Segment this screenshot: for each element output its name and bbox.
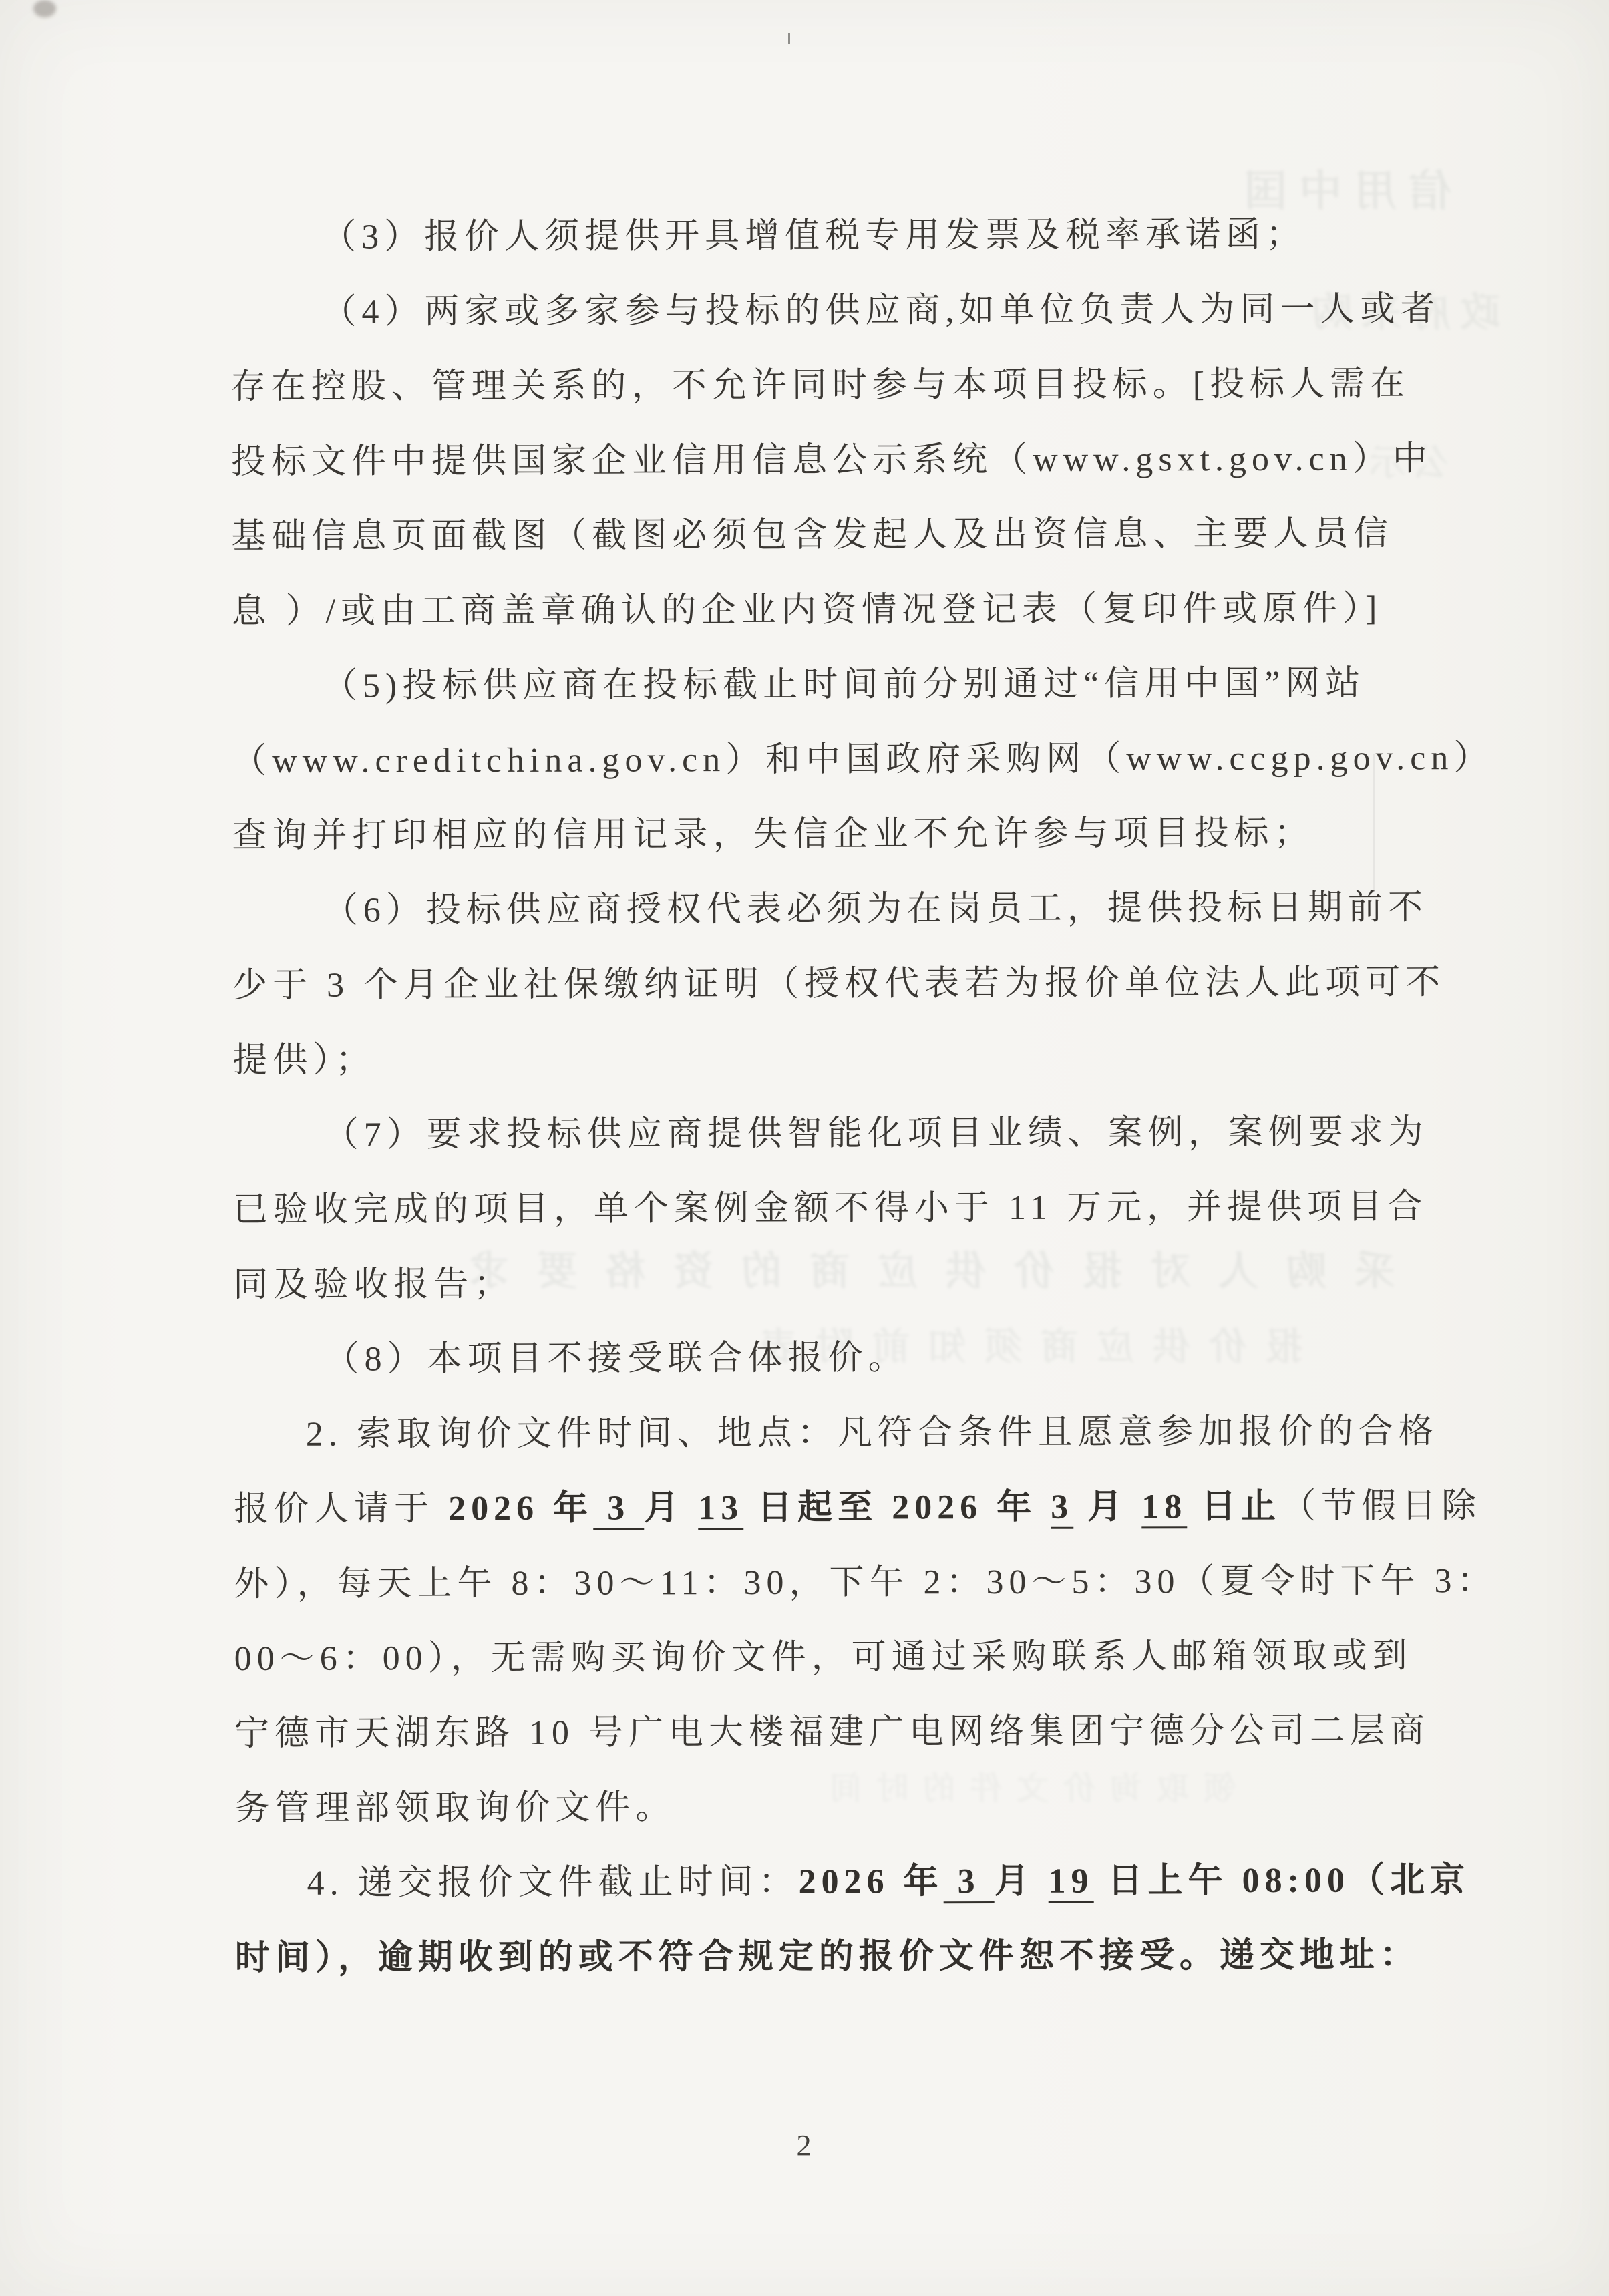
text-segment: （www.creditchina.gov.cn）和中国政府采购网（www.ccg… — [232, 739, 1493, 780]
text-line: 息 ）/或由工商盖章确认的企业内资情况登记表（复印件或原件）] — [231, 571, 1433, 649]
text-segment: 少于 3 个月企业社保缴纳证明（授权代表若为报价单位法人此项可不 — [232, 963, 1445, 1005]
text-segment: 2026 年 — [799, 1862, 944, 1901]
text-segment: 2026 年 — [892, 1488, 1051, 1527]
text-segment: 日起至 — [743, 1488, 892, 1527]
text-segment: 外），每天上午 8：30～11：30，下午 2：30～5：30（夏令时下午 3： — [234, 1562, 1497, 1603]
text-line: 4. 递交报价文件截止时间：2026 年 3 月 19 日上午 08:00（北京 — [234, 1843, 1437, 1921]
text-segment: 提供）； — [232, 1041, 375, 1080]
text-segment: 时间），逾期收到的或不符合规定的报价文件恕不接受。递交地址： — [235, 1936, 1420, 1977]
text-line: 投标文件中提供国家企业信用信息公示系统（www.gsxt.gov.cn）中 — [231, 422, 1433, 500]
text-segment: 18 — [1141, 1488, 1187, 1526]
text-segment: 月 — [644, 1489, 698, 1527]
text-block: （3）报价人须提供开具增值税专用发票及税率承诺函；（4）两家或多家参与投标的供应… — [230, 197, 1437, 1996]
text-segment: 日上午 08:00（北京 — [1094, 1861, 1470, 1900]
text-segment: （8）本项目不接受联合体报价。 — [324, 1339, 908, 1378]
text-segment: 月 — [995, 1862, 1049, 1901]
text-segment: 存在控股、管理关系的，不允许同时参与本项目投标。[投标人需在 — [231, 365, 1410, 406]
text-segment: 00～6：00），无需购买询价文件，可通过采购联系人邮箱领取或到 — [234, 1637, 1413, 1678]
text-segment: 月 — [1073, 1488, 1141, 1526]
text-segment: 13 — [698, 1489, 743, 1527]
text-segment: 息 ）/或由工商盖章确认的企业内资情况登记表（复印件或原件）] — [232, 589, 1383, 631]
text-segment: 2026 年 — [448, 1490, 593, 1528]
text-line: 同及验收报告； — [233, 1245, 1435, 1323]
scanned-document-page: 信用中国政府采购公示采购人对报价供应商的资格要求报价供应商须知前附表领取询价文件… — [0, 0, 1609, 2296]
text-line: 提供）； — [232, 1020, 1435, 1098]
text-segment: （7）要求投标供应商提供智能化项目业绩、案例，案例要求为 — [324, 1113, 1429, 1154]
text-line: 时间），逾期收到的或不符合规定的报价文件恕不接受。递交地址： — [235, 1918, 1437, 1996]
text-segment: 3 — [944, 1862, 995, 1901]
text-segment: 日止 — [1187, 1488, 1281, 1526]
text-segment: （5)投标供应商在投标截止时间前分别通过“信用中国”网站 — [323, 665, 1366, 705]
text-segment: 4. 递交报价文件截止时间： — [307, 1863, 799, 1903]
text-line: （8）本项目不接受联合体报价。 — [233, 1319, 1435, 1398]
text-segment: 3 — [593, 1489, 644, 1527]
text-line: （4）两家或多家参与投标的供应商,如单位负责人为同一人或者 — [230, 272, 1433, 350]
text-line: 已验收完成的项目，单个案例金额不得小于 11 万元，并提供项目合 — [233, 1170, 1435, 1248]
text-segment: （3）报价人须提供开具增值税专用发票及税率承诺函； — [321, 216, 1306, 257]
text-segment: 3 — [1051, 1488, 1073, 1526]
text-segment: 宁德市天湖东路 10 号广电大楼福建广电网络集团宁德分公司二层商 — [234, 1711, 1430, 1753]
text-segment: 2. 索取询价文件时间、地点：凡符合条件且愿意参加报价的合格 — [306, 1412, 1439, 1453]
text-segment: 同及验收报告； — [233, 1265, 514, 1304]
text-line: 报价人请于 2026 年 3 月 13 日起至 2026 年 3 月 18 日止… — [234, 1469, 1436, 1547]
text-line: 基础信息页面截图（截图必须包含发起人及出资信息、主要人员信 — [231, 496, 1433, 575]
page-number: 2 — [0, 2128, 1609, 2162]
text-segment: （6）投标供应商授权代表必须为在岗员工，提供投标日期前不 — [323, 888, 1428, 929]
text-line: 务管理部领取询价文件。 — [234, 1768, 1437, 1846]
text-line: （www.creditchina.gov.cn）和中国政府采购网（www.ccg… — [232, 721, 1434, 799]
text-line: 少于 3 个月企业社保缴纳证明（授权代表若为报价单位法人此项可不 — [232, 945, 1435, 1023]
text-line: （6）投标供应商授权代表必须为在岗员工，提供投标日期前不 — [232, 870, 1435, 949]
text-segment: 查询并打印相应的信用记录，失信企业不允许参与项目投标； — [232, 814, 1314, 855]
text-line: 外），每天上午 8：30～11：30，下午 2：30～5：30（夏令时下午 3： — [234, 1544, 1436, 1622]
text-segment: 19 — [1049, 1862, 1094, 1901]
scan-speck — [788, 33, 790, 44]
text-line: 宁德市天湖东路 10 号广电大楼福建广电网络集团宁德分公司二层商 — [234, 1693, 1437, 1772]
text-line: （3）报价人须提供开具增值税专用发票及税率承诺函； — [230, 197, 1433, 275]
text-segment: 已验收完成的项目，单个案例金额不得小于 11 万元，并提供项目合 — [233, 1188, 1427, 1229]
text-segment: 报价人请于 — [234, 1490, 448, 1528]
text-line: （7）要求投标供应商提供智能化项目业绩、案例，案例要求为 — [233, 1095, 1435, 1173]
text-line: （5)投标供应商在投标截止时间前分别通过“信用中国”网站 — [232, 646, 1434, 724]
text-segment: （4）两家或多家参与投标的供应商,如单位负责人为同一人或者 — [321, 290, 1440, 331]
text-segment: 基础信息页面截图（截图必须包含发起人及出资信息、主要人员信 — [231, 514, 1393, 556]
text-line: 查询并打印相应的信用记录，失信企业不允许参与项目投标； — [232, 796, 1434, 874]
ink-smudge — [33, 0, 56, 17]
text-line: 2. 索取询价文件时间、地点：凡符合条件且愿意参加报价的合格 — [234, 1394, 1436, 1472]
text-segment: 投标文件中提供国家企业信用信息公示系统（www.gsxt.gov.cn）中 — [231, 440, 1433, 481]
text-line: 存在控股、管理关系的，不允许同时参与本项目投标。[投标人需在 — [231, 347, 1433, 425]
text-segment: 务管理部领取询价文件。 — [234, 1788, 675, 1828]
text-segment: （节假日除 — [1281, 1487, 1481, 1526]
text-line: 00～6：00），无需购买询价文件，可通过采购联系人邮箱领取或到 — [234, 1619, 1437, 1697]
